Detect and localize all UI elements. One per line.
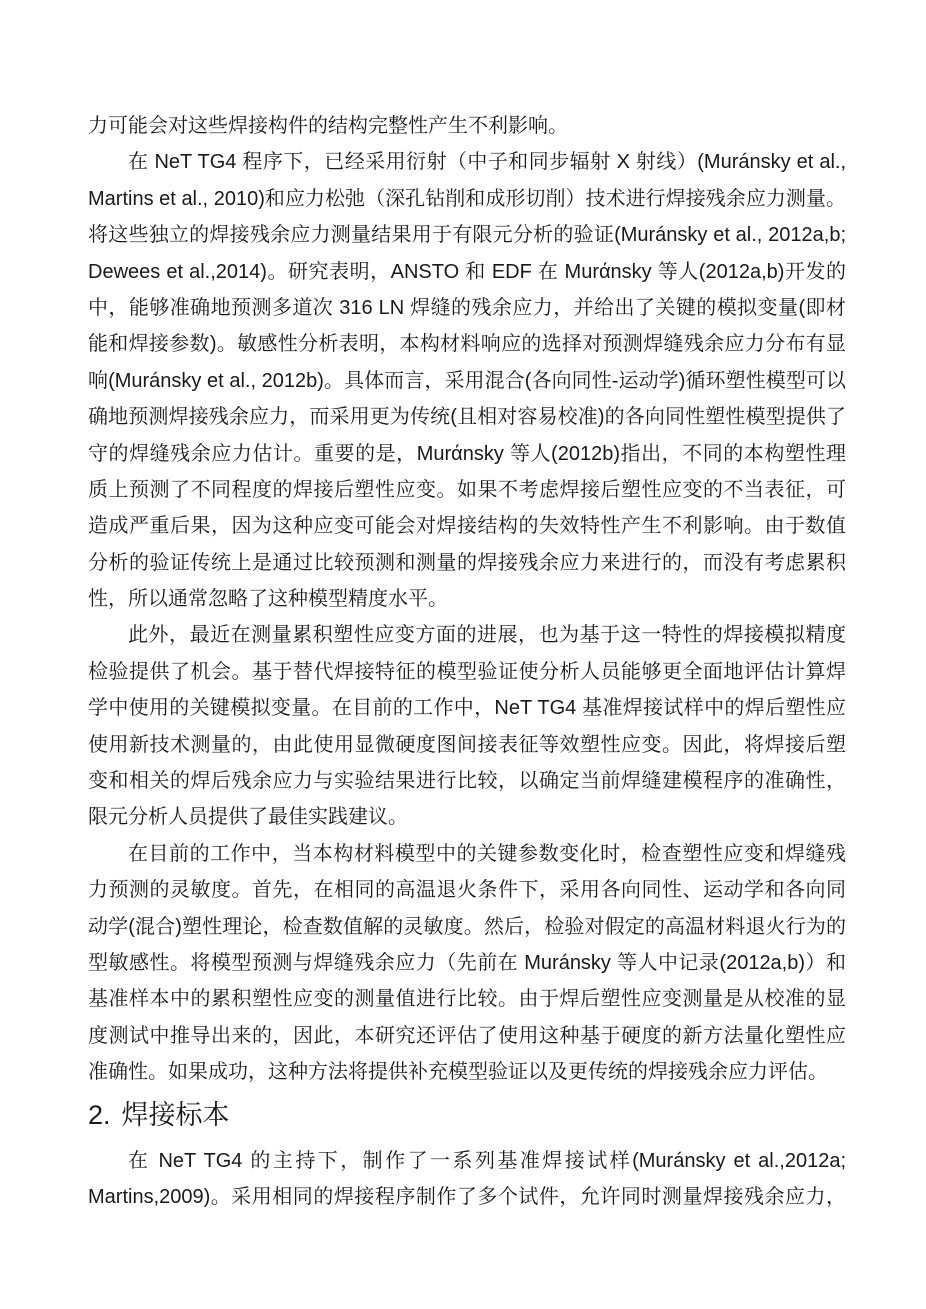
document-page: 力可能会对这些焊接构件的结构完整性产生不利影响。 在 NeT TG4 程序下，已… <box>0 0 926 1309</box>
text-line: 中，能够准确地预测多道次 316 LN 焊缝的残余应力，并给出了关键的模拟变量(… <box>88 290 846 326</box>
text-line: 能和焊接参数)。敏感性分析表明，本构材料响应的选择对预测焊缝残余应力分布有显著影 <box>88 326 846 362</box>
text-line: 限元分析人员提供了最佳实践建议。 <box>88 799 846 835</box>
text-line: 分析的验证传统上是通过比较预测和测量的焊接残余应力来进行的，而没有考虑累积的塑 <box>88 545 846 581</box>
text-block: 力可能会对这些焊接构件的结构完整性产生不利影响。 在 NeT TG4 程序下，已… <box>88 108 846 1215</box>
text-line: 检验提供了机会。基于替代焊接特征的模型验证使分析人员能够更全面地评估计算焊接力 <box>88 654 846 690</box>
text-line: 性，所以通常忽略了这种模型精度水平。 <box>88 581 846 617</box>
text-line: 力预测的灵敏度。首先，在相同的高温退火条件下，采用各向同性、运动学和各向同性运 <box>88 872 846 908</box>
text-line: 在 NeT TG4 的主持下，制作了一系列基准焊接试样(Muránsky et … <box>88 1143 846 1179</box>
paragraph-plastic-strain-progress: 此外，最近在测量累积塑性应变方面的进展，也为基于这一特性的焊接模拟精度重新 检验… <box>88 617 846 835</box>
paragraph-net-tg4-program: 在 NeT TG4 程序下，已经采用衍射（中子和同步辐射 X 射线）(Murán… <box>88 144 846 617</box>
paragraph-welding-specimens: 在 NeT TG4 的主持下，制作了一系列基准焊接试样(Muránsky et … <box>88 1143 846 1216</box>
text-line: 动学(混合)塑性理论，检查数值解的灵敏度。然后，检验对假定的高温材料退火行为的模 <box>88 909 846 945</box>
paragraph-current-work-sensitivity: 在目前的工作中，当本构材料模型中的关键参数变化时，检查塑性应变和焊缝残余应 力预… <box>88 836 846 1091</box>
text-line: 使用新技术测量的，由此使用显微硬度图间接表征等效塑性应变。因此，将焊接后塑性应 <box>88 727 846 763</box>
text-line: 基准样本中的累积塑性应变的测量值进行比较。由于焊后塑性应变测量是从校准的显微硬 <box>88 981 846 1017</box>
section-heading: 2.焊接标本 <box>88 1093 846 1137</box>
section-title: 焊接标本 <box>122 1100 230 1130</box>
text-line: 在 NeT TG4 程序下，已经采用衍射（中子和同步辐射 X 射线）(Murán… <box>88 144 846 180</box>
text-line: Martins et al., 2010)和应力松弛（深孔钻削和成形切削）技术进… <box>88 181 846 217</box>
text-line: 度测试中推导出来的，因此，本研究还评估了使用这种基于硬度的新方法量化塑性应变的 <box>88 1018 846 1054</box>
text-line: 质上预测了不同程度的焊接后塑性应变。如果不考虑焊接后塑性应变的不当表征，可能会 <box>88 472 846 508</box>
text-line: 学中使用的关键模拟变量。在目前的工作中，NeT TG4 基准焊接试样中的焊后塑性… <box>88 690 846 726</box>
text-line: 力可能会对这些焊接构件的结构完整性产生不利影响。 <box>88 108 846 144</box>
text-line: Martins,2009)。采用相同的焊接程序制作了多个试件，允许同时测量焊接残… <box>88 1179 846 1215</box>
text-line: Dewees et al.,2014)。研究表明，ANSTO 和 EDF 在 M… <box>88 254 846 290</box>
text-line: 准确性。如果成功，这种方法将提供补充模型验证以及更传统的焊接残余应力评估。 <box>88 1054 846 1090</box>
text-line: 将这些独立的焊接残余应力测量结果用于有限元分析的验证(Muránsky et a… <box>88 217 846 253</box>
paragraph-continuation: 力可能会对这些焊接构件的结构完整性产生不利影响。 <box>88 108 846 144</box>
text-line: 变和相关的焊后残余应力与实验结果进行比较，以确定当前焊缝建模程序的准确性，为有 <box>88 763 846 799</box>
text-line: 造成严重后果，因为这种应变可能会对焊接结构的失效特性产生不利影响。由于数值焊缝 <box>88 508 846 544</box>
text-line: 型敏感性。将模型预测与焊缝残余应力（先前在 Muránsky 等人中记录(201… <box>88 945 846 981</box>
section-number: 2. <box>88 1100 111 1130</box>
text-line: 在目前的工作中，当本构材料模型中的关键参数变化时，检查塑性应变和焊缝残余应 <box>88 836 846 872</box>
text-line: 确地预测焊接残余应力，而采用更为传统(且相对容易校准)的各向同性塑性模型提供了保 <box>88 399 846 435</box>
text-line: 响(Muránsky et al., 2012b)。具体而言，采用混合(各向同性… <box>88 363 846 399</box>
text-line: 此外，最近在测量累积塑性应变方面的进展，也为基于这一特性的焊接模拟精度重新 <box>88 617 846 653</box>
text-line: 守的焊缝残余应力估计。重要的是，Murάnsky 等人(2012b)指出，不同的… <box>88 436 846 472</box>
